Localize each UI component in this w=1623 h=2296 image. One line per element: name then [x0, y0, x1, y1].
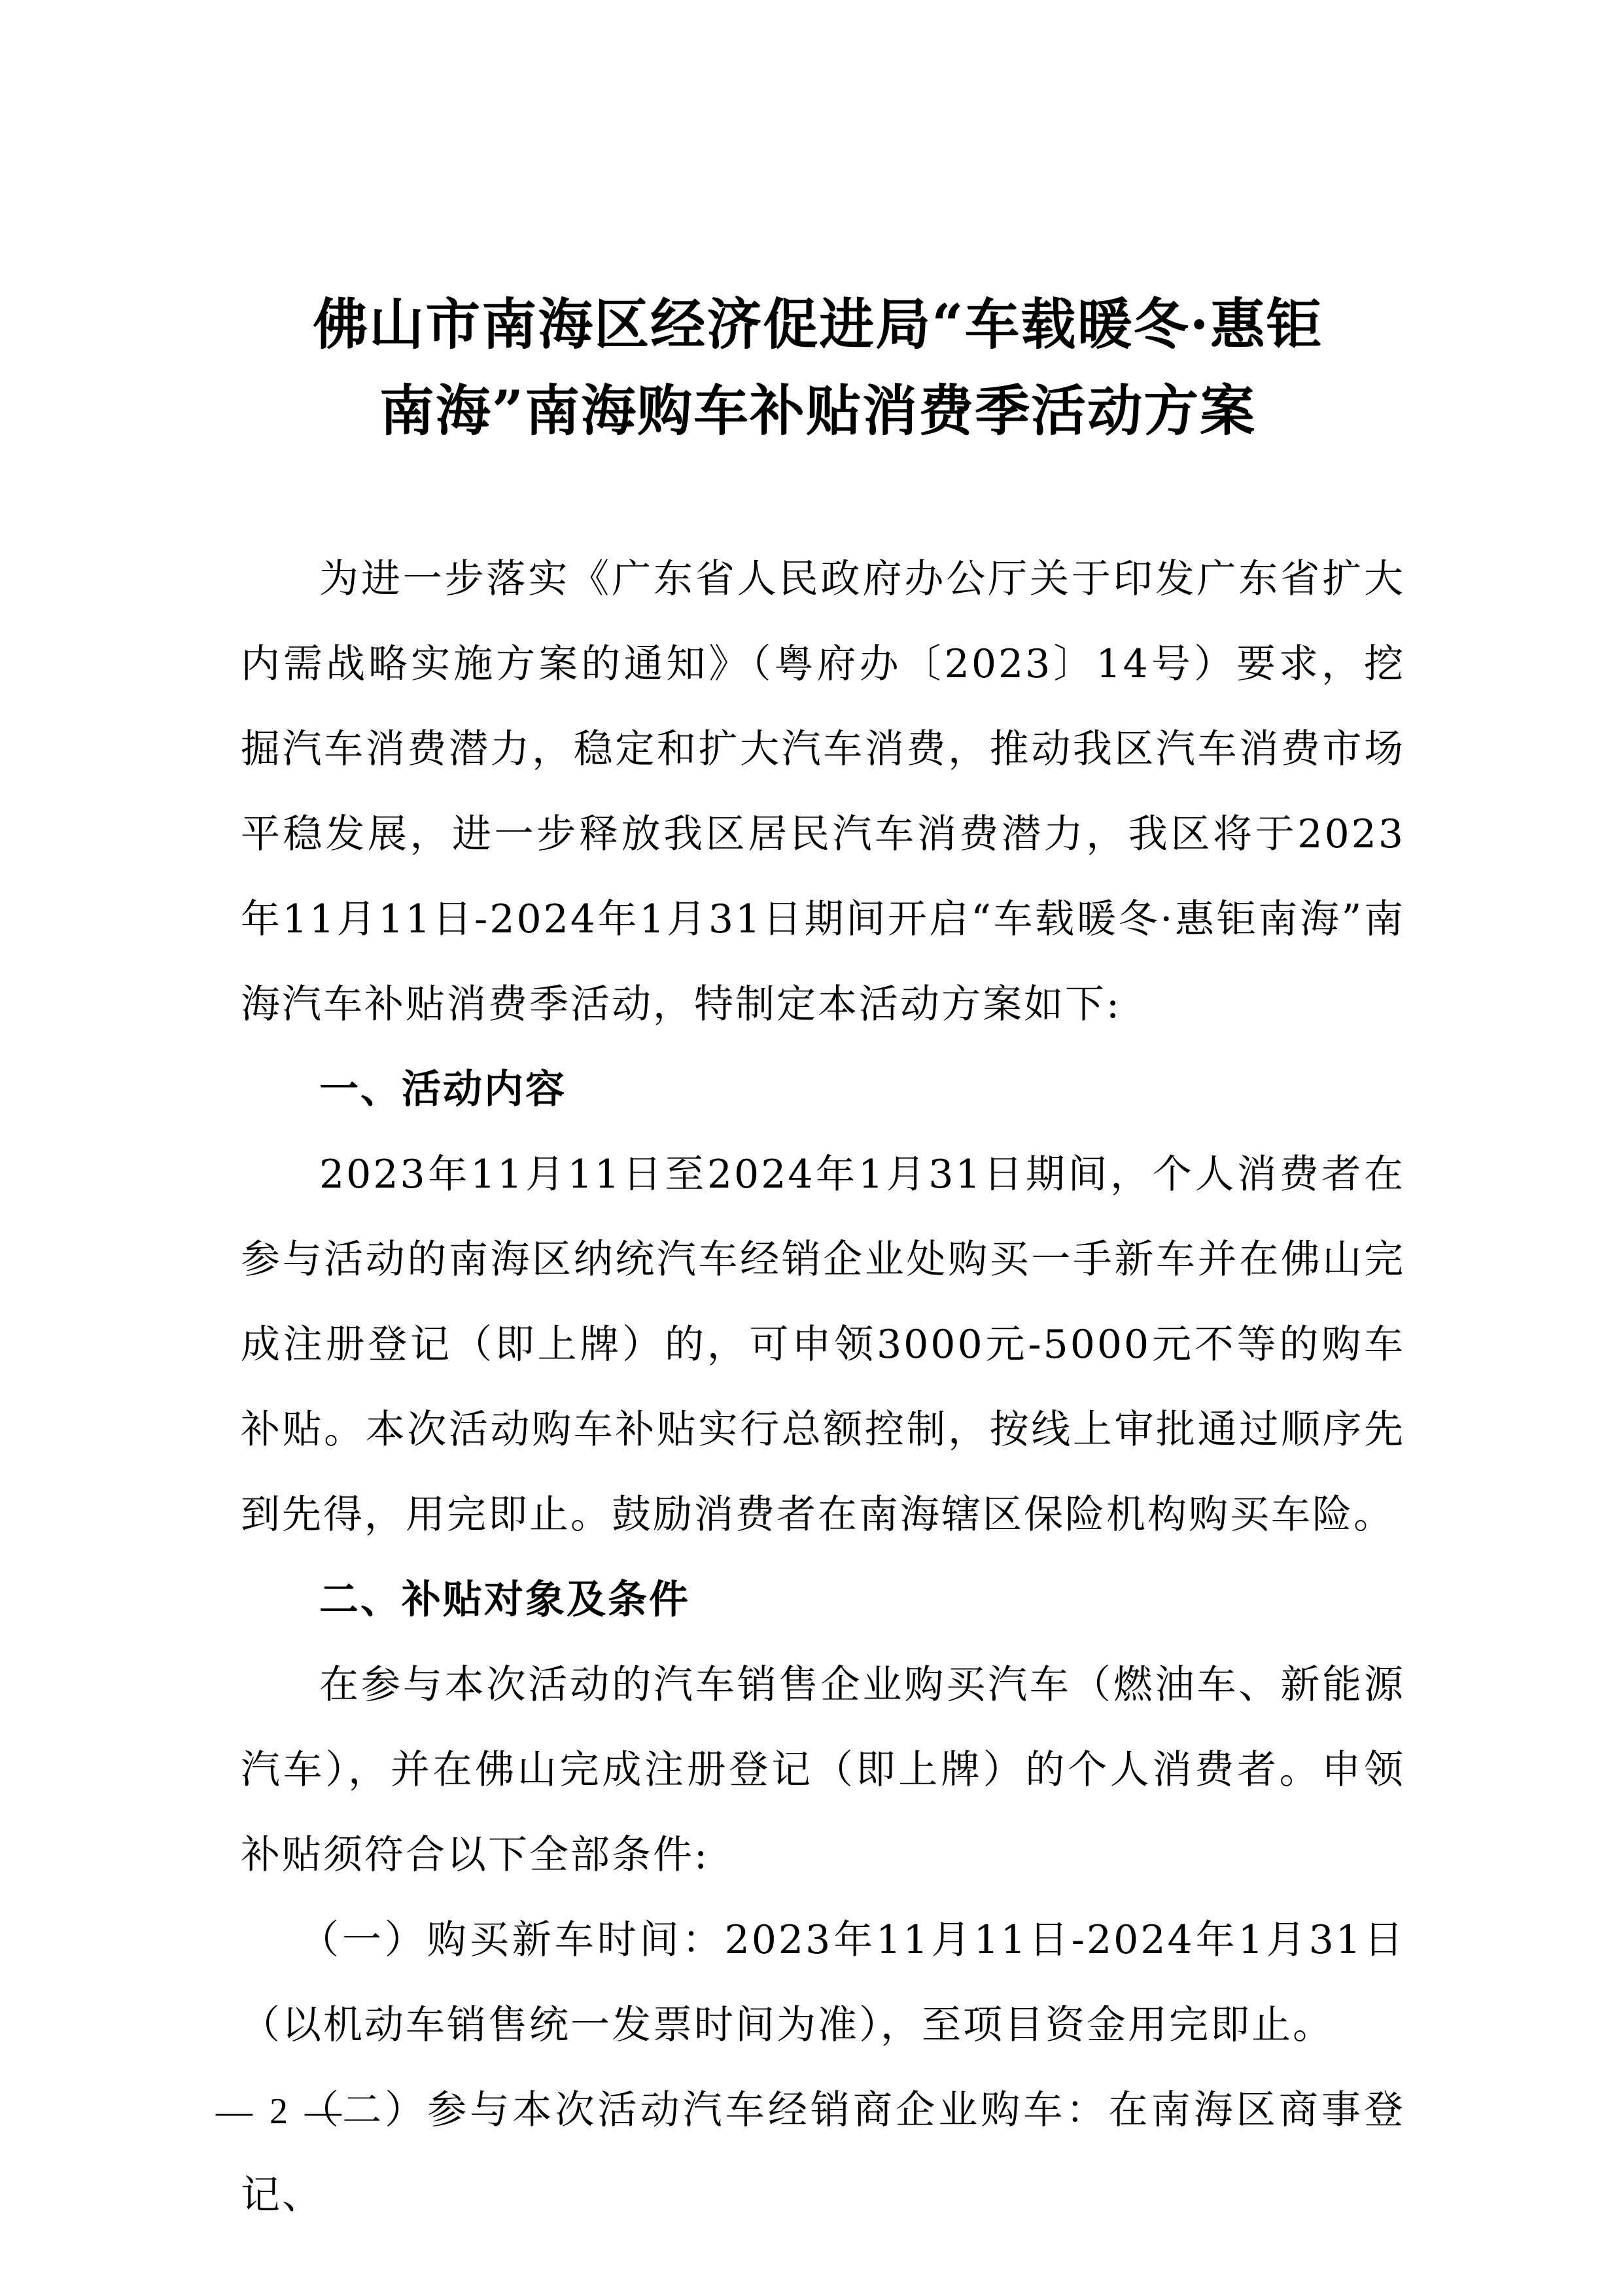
section-heading-subsidy-conditions: 二、补贴对象及条件	[241, 1557, 1405, 1642]
section-heading-activity-content: 一、活动内容	[241, 1047, 1405, 1132]
section-paragraph: 在参与本次活动的汽车销售企业购买汽车（燃油车、新能源汽车），并在佛山完成注册登记…	[241, 1642, 1405, 1898]
condition-item-1: （一）购买新车时间：2023年11月11日-2024年1月31日（以机动车销售统…	[241, 1898, 1405, 2068]
title-line-2: 南海”南海购车补贴消费季活动方案	[216, 368, 1420, 454]
section-paragraph: 2023年11月11日至2024年1月31日期间，个人消费者在参与活动的南海区纳…	[241, 1132, 1405, 1557]
condition-item-2: （二）参与本次活动汽车经销商企业购车：在南海区商事登记、	[241, 2068, 1405, 2238]
document-page: 佛山市南海区经济促进局“车载暖冬·惠钜 南海”南海购车补贴消费季活动方案 为进一…	[0, 0, 1623, 2296]
page-number: — 2 —	[216, 2091, 345, 2132]
document-body: 为进一步落实《广东省人民政府办公厅关于印发广东省扩大内需战略实施方案的通知》（粤…	[241, 537, 1405, 2238]
title-line-1: 佛山市南海区经济促进局“车载暖冬·惠钜	[216, 281, 1420, 368]
document-title: 佛山市南海区经济促进局“车载暖冬·惠钜 南海”南海购车补贴消费季活动方案	[216, 281, 1420, 454]
intro-paragraph: 为进一步落实《广东省人民政府办公厅关于印发广东省扩大内需战略实施方案的通知》（粤…	[241, 537, 1405, 1047]
